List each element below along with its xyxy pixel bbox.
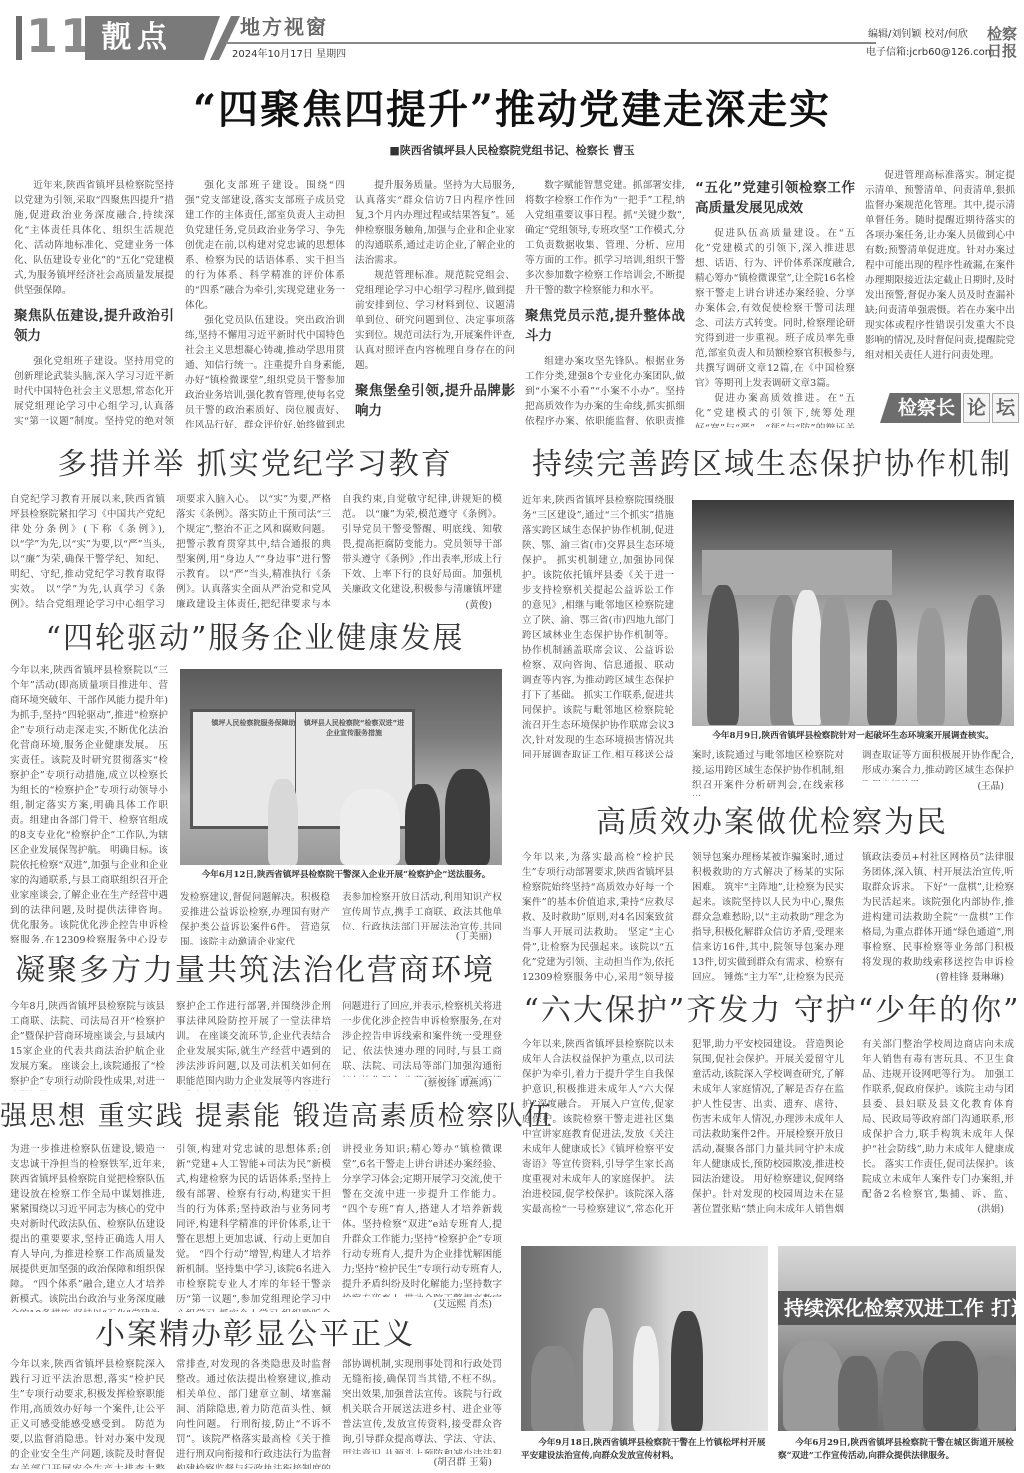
- lead-paragraph: 强化党员队伍建设。突出政治训练,坚持不懈用习近平新时代中国特色社会主义思想凝心铸…: [185, 313, 345, 428]
- lead-col-1: 近年来,陕西省镇坪县检察院坚持以党建为引领,采取“四聚焦四提升”措施,促进政治业…: [14, 178, 174, 428]
- article-signature: (艾远熙 肖杰): [342, 1297, 502, 1312]
- article-column: 发检察建议,督促问题解决。积极稳妥推进公益诉讼检察,办理国有财产保护类公益诉讼案…: [180, 890, 330, 945]
- person: [707, 585, 739, 725]
- forum-badge-light: 论: [963, 393, 990, 423]
- article-column: 常排查,对发现的各类隐患及时监督整改。通过依法提出检察建议,推动相关单位、部门建…: [176, 1357, 331, 1469]
- article-signature: (王晶): [862, 779, 1014, 794]
- lead-paragraph: 促进队伍高质量建设。在“五化”党建模式的引领下,深入推进思想、话语、行为、评价体…: [695, 226, 855, 391]
- article-headline: 强思想 重实践 提素能 锻造高素质检察队伍: [0, 1098, 510, 1136]
- lead-paragraph: 数字赋能智慧党建。抓部署安排,将数字检察工作作为“一把手”工程,纳入党组重要议事…: [525, 178, 685, 298]
- lead-headline: “四聚焦四提升”推动党建走深走实: [0, 84, 1024, 136]
- lead-intro: 近年来,陕西省镇坪县检察院坚持以党建为引领,采取“四聚焦四提升”措施,促进政治业…: [14, 178, 174, 298]
- photo-enterprise: 镇坪人民检察院服务保障助力优化法治化营商环境十条措施 镇坪县人民检察院“检察双进…: [180, 669, 502, 865]
- lead-subheading: 聚焦党员示范,提升整体战斗力: [525, 306, 685, 346]
- lead-col-3: 提升服务质量。坚持为大局服务,认真落实“群众信访7日内程序性回复,3个月内办理过…: [355, 178, 515, 428]
- photo-caption: 今年8月9日,陕西省镇坪县检察院针对一起破坏生态环境案开展调查核实。: [692, 730, 1014, 743]
- lead-subheading: 聚焦队伍建设,提升政治引领力: [14, 306, 174, 346]
- lead-col-5: “五化”党建引领检察工作高质量发展见成效 促进队伍高质量建设。在“五化”党建模式…: [695, 178, 855, 428]
- photo-banner: 持续深化检察双进工作 打造群众身边: [778, 1291, 1016, 1325]
- article-column: 犯罪,助力平安校园建设。 营造舆论氛围,促社会保护。开展关爱留守儿童活动,该院深…: [692, 1037, 844, 1217]
- article-column: 镇政法委员+村社区网格员”法律服务团体,深入镇、村开展法治宣传,听取群众诉求。 …: [862, 850, 1014, 970]
- lead-col-2: 强化支部班子建设。围绕“四强”党支部建设,落实支部班子成员党建工作的主体责任,部…: [185, 178, 345, 428]
- lead-subheading: “五化”党建引领检察工作高质量发展见成效: [695, 178, 855, 218]
- page-number: 11: [26, 10, 94, 62]
- page-number-bar: [16, 16, 22, 60]
- article-column: 今年以来,为落实最高检“检护民生”专项行动部署要求,陕西省镇坪县检察院始终坚持“…: [522, 850, 674, 985]
- article-column: 今年8月,陕西省镇坪县检察院与该县工商联、法院、司法局召开“检察护企”暨保护营商…: [10, 999, 165, 1091]
- article-signature: (洪娟): [862, 1202, 1014, 1217]
- article-signature: (丁美丽): [342, 929, 502, 944]
- photo-street-outreach: 持续深化检察双进工作 打造群众身边: [778, 1246, 1016, 1431]
- person: [405, 784, 440, 865]
- photo-caption: 今年9月18日,陕西省镇坪县检察院干警在上竹镇松坪村开展平安建设法治宣传,向群众…: [521, 1437, 768, 1463]
- article-headline: “四轮驱动”服务企业健康发展: [0, 620, 510, 658]
- lead-paragraph: 强化支部班子建设。围绕“四强”党支部建设,落实支部班子成员党建工作的主体责任,部…: [185, 178, 345, 313]
- lead-paragraph: 组建办案攻坚先锋队。根据业务工作分类,建强8个专业化办案团队,做到“小案不小看”…: [525, 354, 685, 428]
- article-column: 今年以来,陕西省镇坪县检察院以“三个年”活动(即高质量项目推进年、营商环境突破年…: [10, 663, 168, 943]
- lead-col-6: 促进管理高标准落实。制定提示清单、预警清单、问责清单,狠抓监督办案规范化管理。其…: [865, 168, 1015, 388]
- photo-caption: 今年6月29日,陕西省镇坪县检察院干警在城区街道开展检察“双进”工作宣传活动,向…: [778, 1437, 1016, 1463]
- person: [268, 779, 298, 865]
- person: [531, 1346, 576, 1431]
- person: [820, 595, 850, 725]
- lead-paragraph: 促进管理高标准落实。制定提示清单、预警清单、问责清单,狠抓监督办案规范化管理。其…: [865, 168, 1015, 363]
- article-column: 近年来,陕西省镇坪县检察院围绕服务“三区建设”,通过“三个抓实”措施落实跨区域生…: [522, 493, 674, 758]
- article-column: 察护企工作进行部署,并围绕涉企刑事法律风险防控开展了一堂法律培训。 在座谈交流环…: [176, 999, 331, 1091]
- person: [967, 595, 1002, 725]
- article-headline: 高质效办案做优检察为民: [520, 804, 1024, 842]
- article-signature: (胡召群 王菊): [342, 1455, 502, 1470]
- newspaper-logo: 检察 日报: [984, 26, 1020, 62]
- article-column: 今年以来,陕西省镇坪县检察院深入践行习近平法治思想,落实“检护民生”专项行动要求…: [10, 1357, 165, 1469]
- article-headline: 小案精办彰显公平正义: [0, 1316, 510, 1354]
- article-signature: (曾桂锋 聂琳琳): [862, 970, 1014, 985]
- logo-top: 检察: [984, 26, 1020, 43]
- lead-paragraph: 规范管理标准。规范院党组会、党组理论学习中心组学习程序,做到提前安排到位、学习材…: [355, 268, 515, 373]
- photo-caption: 今年6月12日,陕西省镇坪县检察院干警深入企业开展“检察护企”送法服务。: [190, 869, 502, 882]
- article-signature: (黄俊): [342, 598, 502, 613]
- article-headline: 多措并举 抓实党纪学习教育: [0, 446, 510, 484]
- forum-badge: 检察长 论 坛: [880, 393, 1019, 423]
- issue-date: 2024年10月17日 星期四: [232, 48, 346, 62]
- article-headline: 持续完善跨区域生态保护协作机制: [520, 446, 1024, 484]
- article-column: 领导包案办理杨某被诈骗案时,通过积极救助的方式解决了杨某的实际困难。 筑牢“主阵…: [692, 850, 844, 985]
- photo-ecology: [692, 500, 1014, 726]
- forum-badge-light: 坛: [992, 393, 1019, 423]
- lead-byline: ■陕西省镇坪县人民检察院党组书记、检察长 曹玉: [0, 144, 1024, 158]
- article-column: 引领,构建对党忠诚的思想体系;创新“党建+人工智能+司法为民”新模式,构建检察为…: [176, 1142, 331, 1312]
- article-column: 自党纪学习教育开展以来,陕西省镇坪县检察院紧扣学习《中国共产党纪律处分条例》(下…: [10, 492, 165, 612]
- article-column: 表参加检察开放日活动,利用知识产权宣传周节点,携手工商联、政法其他单位、行政执法…: [342, 890, 502, 930]
- photo-school-outreach: [521, 1246, 768, 1431]
- lead-subheading: 聚焦堡垒引领,提升品牌影响力: [355, 381, 515, 421]
- person: [883, 1351, 923, 1431]
- lead-col-4: 数字赋能智慧党建。抓部署安排,将数字检察工作作为“一把手”工程,纳入党组重要议事…: [525, 178, 685, 428]
- article-column: 为进一步推进检察队伍建设,锻造一支忠诚干净担当的检察铁军,近年来,陕西省镇坪县检…: [10, 1142, 165, 1312]
- masthead-rule: [226, 42, 876, 44]
- person: [583, 1308, 613, 1431]
- section-name: 靓点: [85, 16, 220, 60]
- person: [340, 789, 400, 865]
- article-column: 调查取证等方面积极展开协作配合,形成办案合力,推动跨区域生态保护取得良好效果。: [862, 748, 1014, 781]
- person: [633, 1326, 659, 1431]
- article-signature: (蔡俊锋 谭燕鸿): [342, 1076, 502, 1091]
- article-column: 部协调机制,实现刑事处罚和行政处罚无缝衔接,确保罚当其错,不枉不纵。 突出效果,…: [342, 1357, 502, 1454]
- logo-bottom: 日报: [984, 43, 1020, 60]
- person: [923, 1341, 978, 1431]
- article-column: 项要求入脑入心。 以“实”为要,严格落实《条例》。落实防止干预司法“三个规定”,…: [176, 492, 331, 612]
- person: [978, 1356, 1016, 1431]
- person: [445, 769, 490, 865]
- lead-paragraph: 提升服务质量。坚持为大局服务,认真落实“群众信访7日内程序性回复,3个月内办理过…: [355, 178, 515, 268]
- article-column: 自我约束,自觉敬守纪律,讲规矩的模范。 以“廉”为荣,模范遵守《条例》。引导党员…: [342, 492, 502, 597]
- article-column: 讲授业务知识;精心筹办“镇检微课堂”,6名干警走上讲台讲述办案经验、分享学习体会…: [342, 1142, 502, 1297]
- lead-paragraph: 促进办案高质效推进。在“五化”党建模式的引领下,统筹处理好“宽”与“严”、“惩”…: [695, 391, 855, 428]
- person: [783, 1341, 843, 1431]
- lead-paragraph: 强化党组班子建设。坚持用党的创新理论武装头脑,深入学习习近平新时代中国特色社会主…: [14, 354, 174, 428]
- editor-credit: 编辑/刘钊颖 校对/何欣: [868, 28, 968, 42]
- person: [917, 608, 945, 725]
- article-column: 有关部门整治学校周边商店向未成年人销售有毒有害玩具、不卫生食品、违规开设网吧等行…: [862, 1037, 1014, 1202]
- article-headline: “六大保护”齐发力 守护“少年的你”: [520, 992, 1024, 1030]
- person: [867, 600, 897, 725]
- person: [838, 1356, 878, 1431]
- forum-badge-dark: 检察长: [880, 393, 961, 423]
- person: [671, 1311, 703, 1431]
- article-headline: 凝聚多方力量共筑法治化营商环境: [0, 952, 510, 990]
- article-column: 问题进行了回应,并表示,检察机关将进一步优化涉企控告申诉检察服务,在对涉企控告申…: [342, 999, 502, 1077]
- person: [792, 590, 822, 725]
- article-column: 案时,该院通过与毗邻地区检察院对接,运用跨区域生态保护协作机制,组织召开案件分析…: [692, 748, 844, 796]
- board-title-right: 镇坪县人民检察院“检察双进”进企业宣传服务措施: [296, 712, 412, 744]
- editor-email: 电子信箱:jcrb60@126.com: [866, 46, 994, 60]
- subsection-name: 地方视窗: [240, 14, 328, 40]
